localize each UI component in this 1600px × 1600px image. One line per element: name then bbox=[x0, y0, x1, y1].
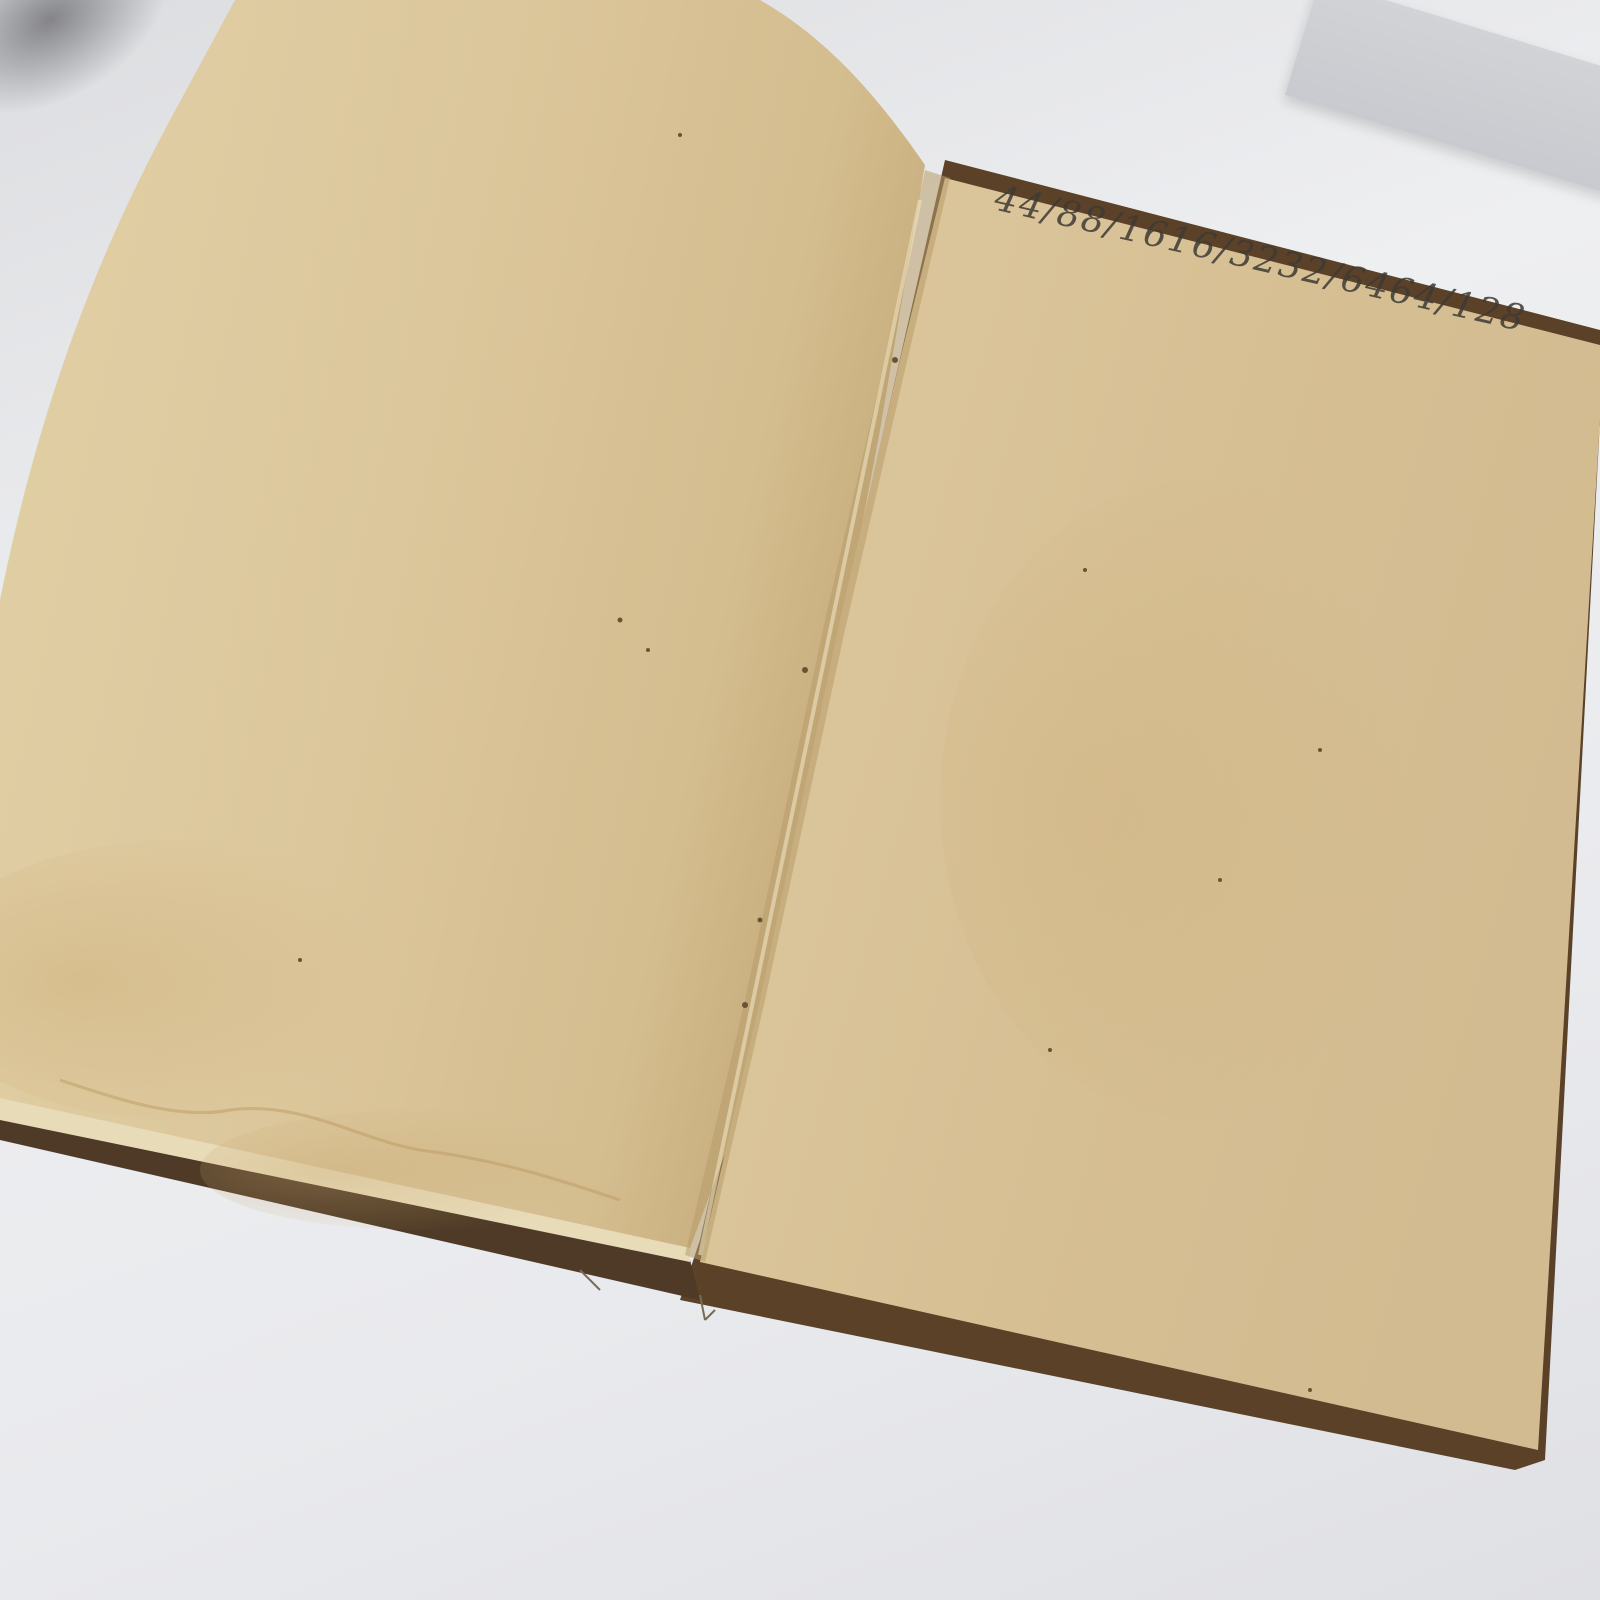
photo-scene: 44/88/1616/3232/6464/128 bbox=[0, 0, 1600, 1600]
water-stain-mid bbox=[200, 1110, 640, 1230]
foxing-right bbox=[940, 480, 1460, 1120]
open-book bbox=[0, 0, 1600, 1600]
